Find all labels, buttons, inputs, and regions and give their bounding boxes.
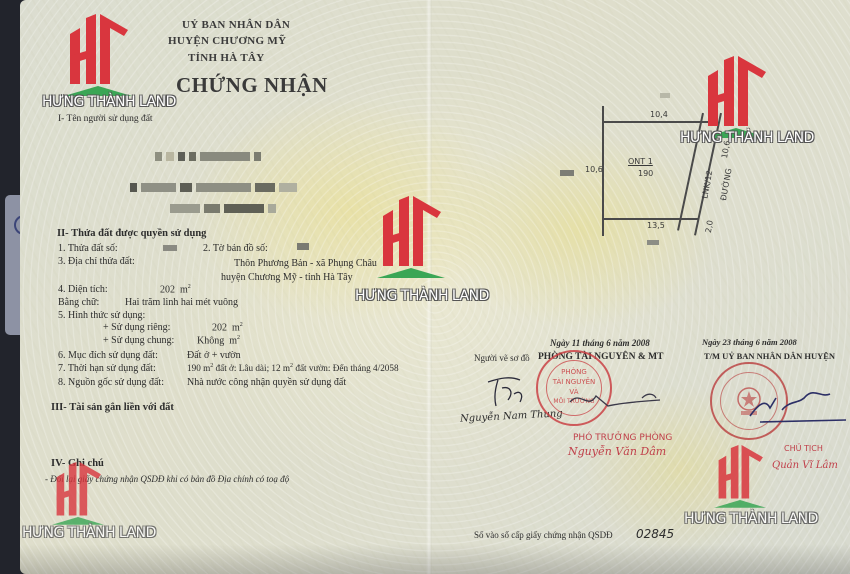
sketch-diagonal-label: LNK/12: [700, 170, 714, 200]
watermark-brand-text: HƯNG THÀNH LAND: [680, 130, 792, 146]
page-title: CHỨNG NHẬN: [176, 73, 328, 97]
ht-logo-icon: [42, 14, 154, 99]
watermark-brand-text: HƯNG THÀNH LAND: [22, 525, 134, 541]
watermark-logo-bottom-right: HƯNG THÀNH LAND: [684, 445, 796, 545]
shared-use-text: Không: [197, 335, 224, 346]
purpose-value: Đất ở + vườn: [187, 350, 241, 362]
address-label: 3. Địa chỉ thửa đất:: [58, 256, 135, 268]
date-2: Ngày 23 tháng 6 năm 2008: [702, 338, 797, 348]
signer-1-name: Nguyễn Văn Dâm: [568, 446, 666, 459]
watermark-brand-text: HƯNG THÀNH LAND: [684, 511, 796, 527]
area-number: 202: [160, 284, 175, 295]
private-use-value: 202 m2: [212, 322, 243, 334]
watermark-logo-bottom-left: HƯNG THÀNH LAND: [22, 462, 134, 562]
sketch-top-dimension: 10,4: [650, 110, 668, 119]
watermark-logo-top-right: HƯNG THÀNH LAND: [680, 56, 792, 156]
redacted-owner-id: [130, 183, 297, 192]
sketch-road-width: 2,0: [704, 219, 715, 233]
header-district: HUYỆN CHƯƠNG MỸ: [168, 35, 286, 48]
sketch-lot-code: ONT 1: [628, 157, 653, 166]
registry-number: 02845: [636, 528, 674, 542]
redacted-neighbor-left: [560, 170, 574, 176]
plot-number-label: 1. Thửa đất số:: [58, 243, 118, 255]
term-label: 7. Thời hạn sử dụng đất:: [58, 363, 156, 375]
date-1: Ngày 11 tháng 6 năm 2008: [550, 338, 650, 348]
official-signature-1-icon: [560, 380, 670, 420]
drawer-label: Người vẽ sơ đồ: [474, 353, 530, 363]
term-residential-area: 190 m: [187, 363, 210, 373]
role-1: PHÓ TRƯỞNG PHÒNG: [573, 433, 672, 443]
purpose-label: 6. Mục đích sử dụng đất:: [58, 350, 158, 362]
usage-form-label: 5. Hình thức sử dụng:: [58, 310, 145, 322]
map-sheet-label: 2. Tờ bản đồ số:: [203, 243, 268, 255]
private-use-number: 202: [212, 322, 227, 333]
address-line2: huyện Chương Mỹ - tỉnh Hà Tây: [221, 272, 353, 284]
section2-heading: II- Thửa đất được quyền sử dụng: [57, 228, 206, 240]
header-province: TỈNH HÀ TÂY: [188, 52, 264, 65]
redacted-map-sheet: [297, 243, 309, 250]
shared-use-label: + Sử dụng chung:: [103, 335, 174, 347]
watermark-logo-top-left: HƯNG THÀNH LAND: [42, 14, 154, 114]
area-value: 202 m2: [160, 284, 191, 296]
sketch-bottom-boundary: [602, 218, 698, 220]
in-words-value: Hai trăm linh hai mét vuông: [125, 297, 238, 309]
redacted-owner-name: [155, 152, 261, 161]
registry-label: Số vào sổ cấp giấy chứng nhận QSDĐ: [474, 530, 613, 540]
redacted-plot-number: [163, 245, 177, 251]
ht-logo-icon: [22, 462, 134, 527]
shared-use-value: Không m2: [197, 335, 240, 347]
private-use-label: + Sử dụng riêng:: [103, 322, 170, 334]
watermark-brand-text: HƯNG THÀNH LAND: [355, 288, 467, 304]
private-use-unit: m: [232, 322, 240, 333]
ht-logo-icon: [355, 196, 467, 281]
sketch-bottom-dimension: 13,5: [647, 221, 665, 230]
sketch-road-label: ĐƯỜNG: [719, 168, 734, 202]
official-signature-2-icon: [730, 378, 850, 428]
header-committee: UỶ BAN NHÂN DÂN: [182, 19, 290, 32]
bottom-shadow: [20, 544, 850, 574]
section3-heading: III- Tài sản gắn liền với đất: [51, 402, 174, 414]
term-garden-text: đất vườn: Đến tháng 4/2058: [293, 363, 399, 373]
in-words-label: Bằng chữ:: [58, 297, 99, 309]
redacted-neighbor-bottom: [647, 240, 659, 245]
sketch-left-dimension: 10,6: [585, 165, 603, 174]
redacted-owner-address: [170, 204, 276, 213]
sketch-lot-area: 190: [638, 169, 653, 178]
area-label: 4. Diện tích:: [58, 284, 108, 296]
shared-use-unit: m: [229, 335, 237, 346]
origin-value: Nhà nước công nhận quyền sử dụng đất: [187, 377, 346, 389]
office-2: T/M UỶ BAN NHÂN DÂN HUYỆN: [704, 352, 835, 362]
term-value: 190 m2 đất ở: Lâu dài; 12 m2 đất vườn: Đ…: [187, 363, 399, 374]
origin-label: 8. Nguồn gốc sử dụng đất:: [58, 377, 164, 389]
ht-logo-icon: [684, 445, 796, 510]
section1-heading: I- Tên người sử dụng đất: [58, 114, 153, 125]
watermark-logo-center: HƯNG THÀNH LAND: [355, 196, 467, 306]
ht-logo-icon: [680, 56, 792, 141]
stamp-line-1: PHÒNG: [538, 368, 610, 376]
watermark-brand-text: HƯNG THÀNH LAND: [42, 94, 154, 110]
redacted-neighbor-top: [660, 93, 670, 98]
term-residential-text: đất ở: Lâu dài; 12 m: [213, 363, 290, 373]
area-unit: m: [180, 284, 188, 295]
